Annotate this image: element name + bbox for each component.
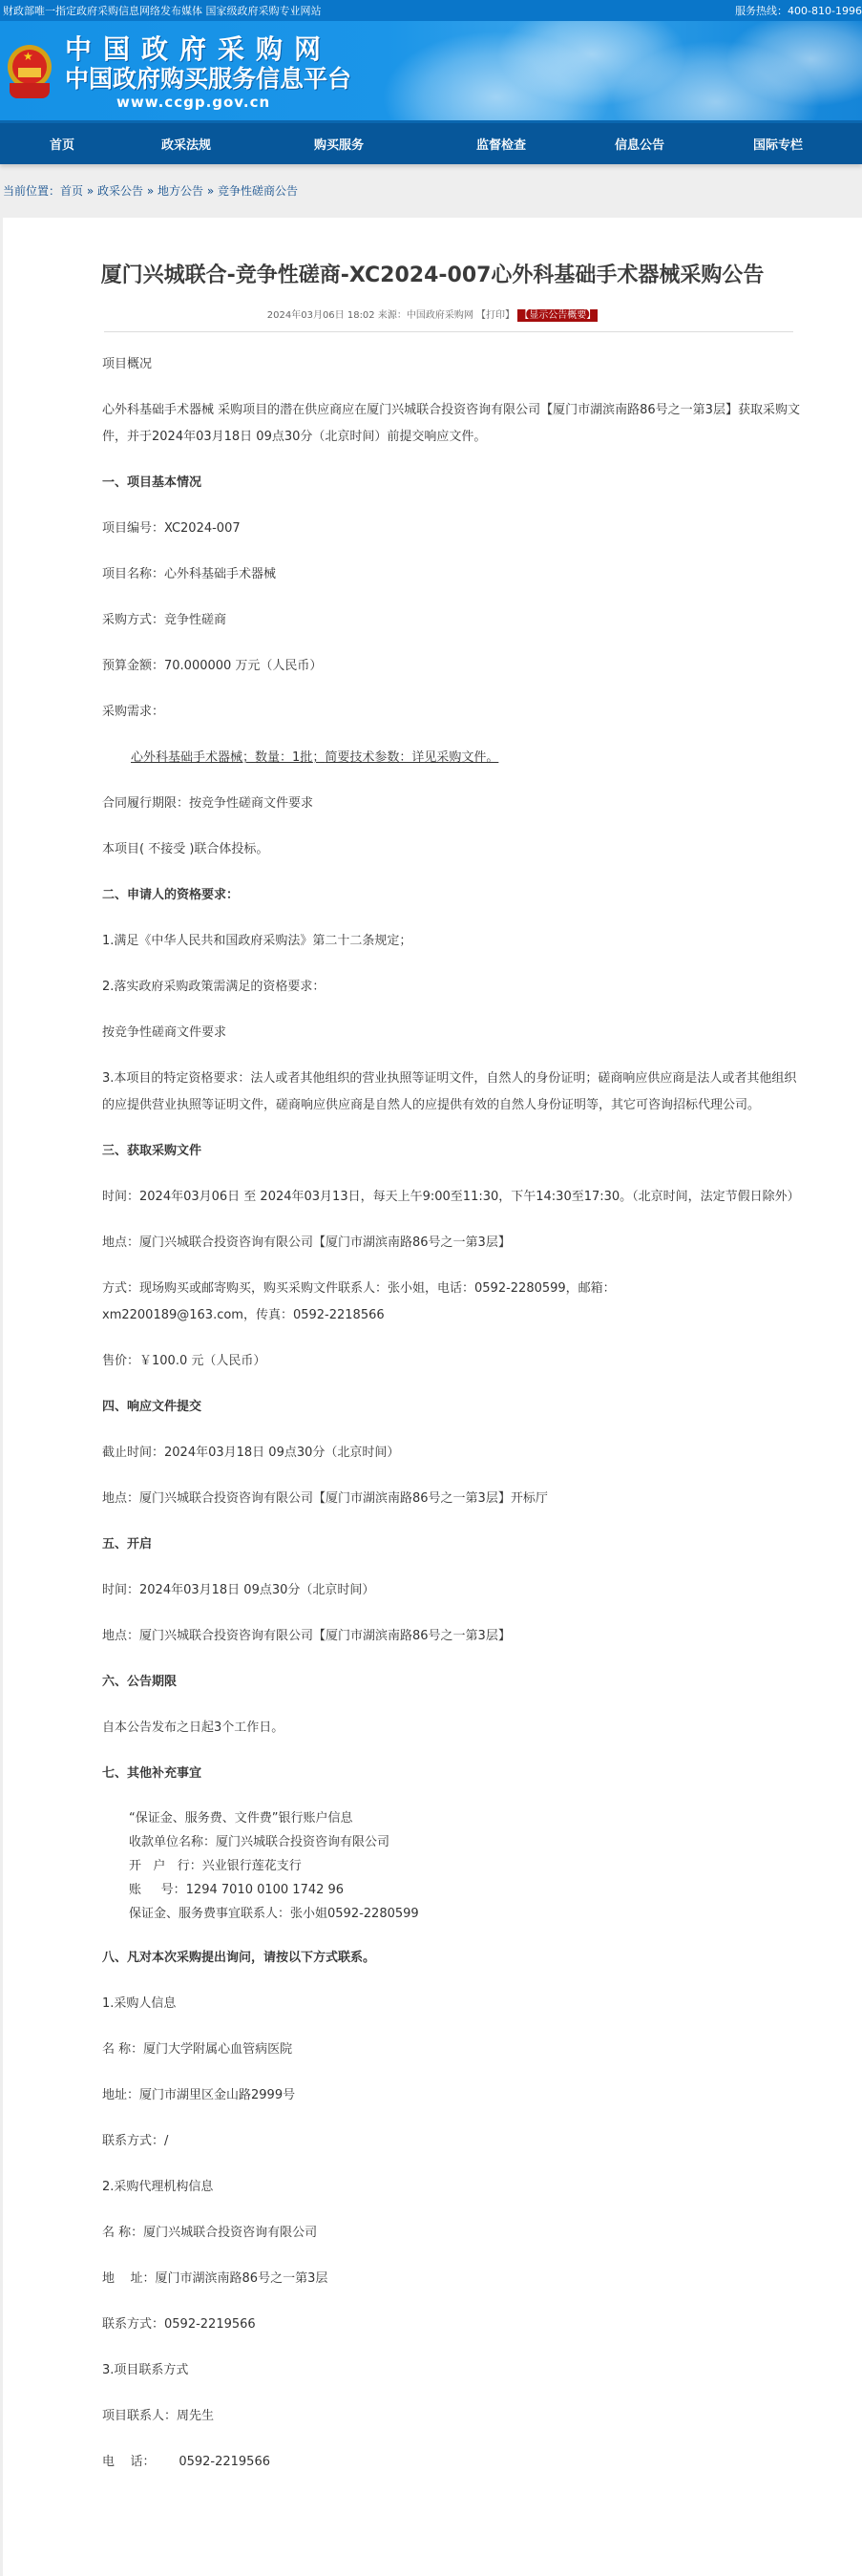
section-heading: 四、响应文件提交 [102,1394,824,1421]
section-heading: 二、申请人的资格要求： [102,882,824,909]
document-place: 地点：厦门兴城联合投资咨询有限公司【厦门市湖滨南路86号之一第3层】 [102,1230,824,1256]
top-info-bar: 财政部唯一指定政府采购信息网络发布媒体 国家级政府采购专业网站 服务热线：400… [0,0,862,21]
buyer-name: 名 称：厦门大学附属心血管病医院 [102,2037,824,2063]
show-summary-button[interactable]: 【显示公告概要】 [517,309,598,322]
breadcrumb-separator: » [83,184,97,198]
demand-item: 心外科基础手术器械 [131,750,242,765]
breadcrumb-home[interactable]: 首页 [60,184,83,198]
breadcrumb-separator: » [143,184,158,198]
nav-item-home[interactable]: 首页 [0,135,124,153]
breadcrumb-procurement-notices[interactable]: 政采公告 [97,184,143,198]
breadcrumb-prefix: 当前位置： [3,184,60,198]
breadcrumb-competitive-negotiation[interactable]: 竞争性磋商公告 [218,184,298,198]
site-logo[interactable]: ★ 中国政府采购网 中国政府购买服务信息平台 www.ccgp.gov.cn [6,34,351,111]
source-name: 中国政府采购网 [407,310,473,321]
section-heading: 六、公告期限 [102,1669,824,1696]
section-heading: 五、开启 [102,1531,824,1558]
document-price: 售价：￥100.0 元（人民币） [102,1348,824,1375]
buyer-contact: 联系方式：/ [102,2128,824,2155]
opening-time: 时间：2024年03月18日 09点30分（北京时间） [102,1577,824,1604]
logo-subtitle: 中国政府购买服务信息平台 [65,65,351,94]
submission-deadline: 截止时间：2024年03月18日 09点30分（北京时间） [102,1440,824,1467]
bank-info-title: “保证金、服务费、文件费”银行账户信息 [129,1806,824,1830]
separator: ； [242,750,255,765]
section-heading: 三、获取采购文件 [102,1138,824,1165]
opening-place: 地点：厦门兴城联合投资咨询有限公司【厦门市湖滨南路86号之一第3层】 [102,1623,824,1650]
separator: ； [312,750,325,765]
notice-period: 自本公告发布之日起3个工作日。 [102,1715,824,1742]
nav-item-supervision[interactable]: 监督检查 [430,135,573,153]
document-method: 方式：现场购买或邮寄购买，购买采购文件联系人：张小姐，电话：0592-22805… [102,1276,637,1329]
procurement-method: 采购方式：竞争性磋商 [102,607,824,634]
requirement-3: 3.本项目的特定资格要求：法人或者其他组织的营业执照等证明文件，自然人的身份证明… [102,1066,809,1119]
project-name: 项目名称：心外科基础手术器械 [102,561,824,588]
bank-account-info: “保证金、服务费、文件费”银行账户信息 收款单位名称：厦门兴城联合投资咨询有限公… [102,1806,824,1926]
print-link[interactable]: 【打印】 [476,310,515,321]
requirement-1: 1.满足《中华人民共和国政府采购法》第二十二条规定； [102,928,824,955]
buyer-address: 地址：厦门市湖里区金山路2999号 [102,2082,824,2109]
demand-spec: 简要技术参数：详见采购文件。 [325,750,498,765]
breadcrumb-local-notices[interactable]: 地方公告 [158,184,203,198]
requirement-2: 2.落实政府采购政策需满足的资格要求： [102,974,824,1001]
agency-address: 地 址：厦门市湖滨南路86号之一第3层 [102,2266,824,2292]
logo-url: www.ccgp.gov.cn [65,94,351,111]
breadcrumb: 当前位置：首页 » 政采公告 » 地方公告 » 竞争性磋商公告 [0,164,862,218]
payee-name: 收款单位名称：厦门兴城联合投资咨询有限公司 [129,1830,824,1854]
breadcrumb-separator: » [203,184,218,198]
article-body: 项目概况 心外科基础手术器械 采购项目的潜在供应商应在厦门兴城联合投资咨询有限公… [3,332,824,2476]
buyer-info-title: 1.采购人信息 [102,1991,824,2017]
consortium-policy: 本项目( 不接受 )联合体投标。 [102,836,824,863]
project-contact-person: 项目联系人：周先生 [102,2403,824,2430]
budget-amount: 预算金额：70.000000 万元（人民币） [102,653,824,680]
contract-period: 合同履行期限：按竞争性磋商文件要求 [102,791,824,817]
overview-text: 心外科基础手术器械 采购项目的潜在供应商应在厦门兴城联合投资咨询有限公司【厦门市… [102,397,809,451]
demand-detail: 心外科基础手术器械；数量：1批；简要技术参数：详见采购文件。 [102,745,824,771]
requirement-2-detail: 按竞争性磋商文件要求 [102,1020,824,1046]
nav-item-announcements[interactable]: 信息公告 [578,135,702,153]
demand-quantity: 数量：1批 [255,750,312,765]
national-emblem-icon: ★ [6,43,53,102]
main-nav: 首页 政采法规 购买服务 监督检查 信息公告 国际专栏 [0,120,862,164]
project-contact-title: 3.项目联系方式 [102,2357,824,2384]
document-time: 时间：2024年03月06日 至 2024年03月13日，每天上午9:00至11… [102,1184,809,1211]
logo-title: 中国政府采购网 [65,34,351,65]
overview-heading: 项目概况 [102,351,824,378]
site-banner: ★ 中国政府采购网 中国政府购买服务信息平台 www.ccgp.gov.cn [0,21,862,120]
article-meta: 2024年03月06日 18:02 来源：中国政府采购网 【打印】 【显示公告概… [3,309,862,323]
agency-name: 名 称：厦门兴城联合投资咨询有限公司 [102,2220,824,2247]
page-title: 厦门兴城联合-竞争性磋商-XC2024-007心外科基础手术器械采购公告 [3,262,862,290]
nav-item-purchase-services[interactable]: 购买服务 [267,135,410,153]
bank-name: 开 户 行：兴业银行莲花支行 [129,1854,824,1878]
service-hotline: 服务热线：400-810-1996 [735,3,862,18]
submission-place: 地点：厦门兴城联合投资咨询有限公司【厦门市湖滨南路86号之一第3层】开标厅 [102,1486,824,1512]
site-tagline: 财政部唯一指定政府采购信息网络发布媒体 国家级政府采购专业网站 [3,3,322,18]
source-label: 来源： [378,310,407,321]
nav-item-regulations[interactable]: 政采法规 [124,135,248,153]
publish-datetime: 2024年03月06日 18:02 [267,310,375,321]
agency-info-title: 2.采购代理机构信息 [102,2174,824,2201]
deposit-contact: 保证金、服务费事宜联系人：张小姐0592-2280599 [129,1902,824,1926]
article-panel: 厦门兴城联合-竞争性磋商-XC2024-007心外科基础手术器械采购公告 202… [3,218,862,2576]
section-heading: 一、项目基本情况 [102,470,824,496]
project-contact-phone: 电 话： 0592-2219566 [102,2449,824,2476]
section-heading: 八、凡对本次采购提出询问，请按以下方式联系。 [102,1945,824,1972]
demand-label: 采购需求： [102,699,824,726]
agency-contact: 联系方式：0592-2219566 [102,2312,824,2338]
nav-item-international[interactable]: 国际专栏 [706,135,850,153]
section-heading: 七、其他补充事宜 [102,1761,824,1787]
project-number: 项目编号：XC2024-007 [102,516,824,542]
account-number: 账 号：1294 7010 0100 1742 96 [129,1878,824,1902]
